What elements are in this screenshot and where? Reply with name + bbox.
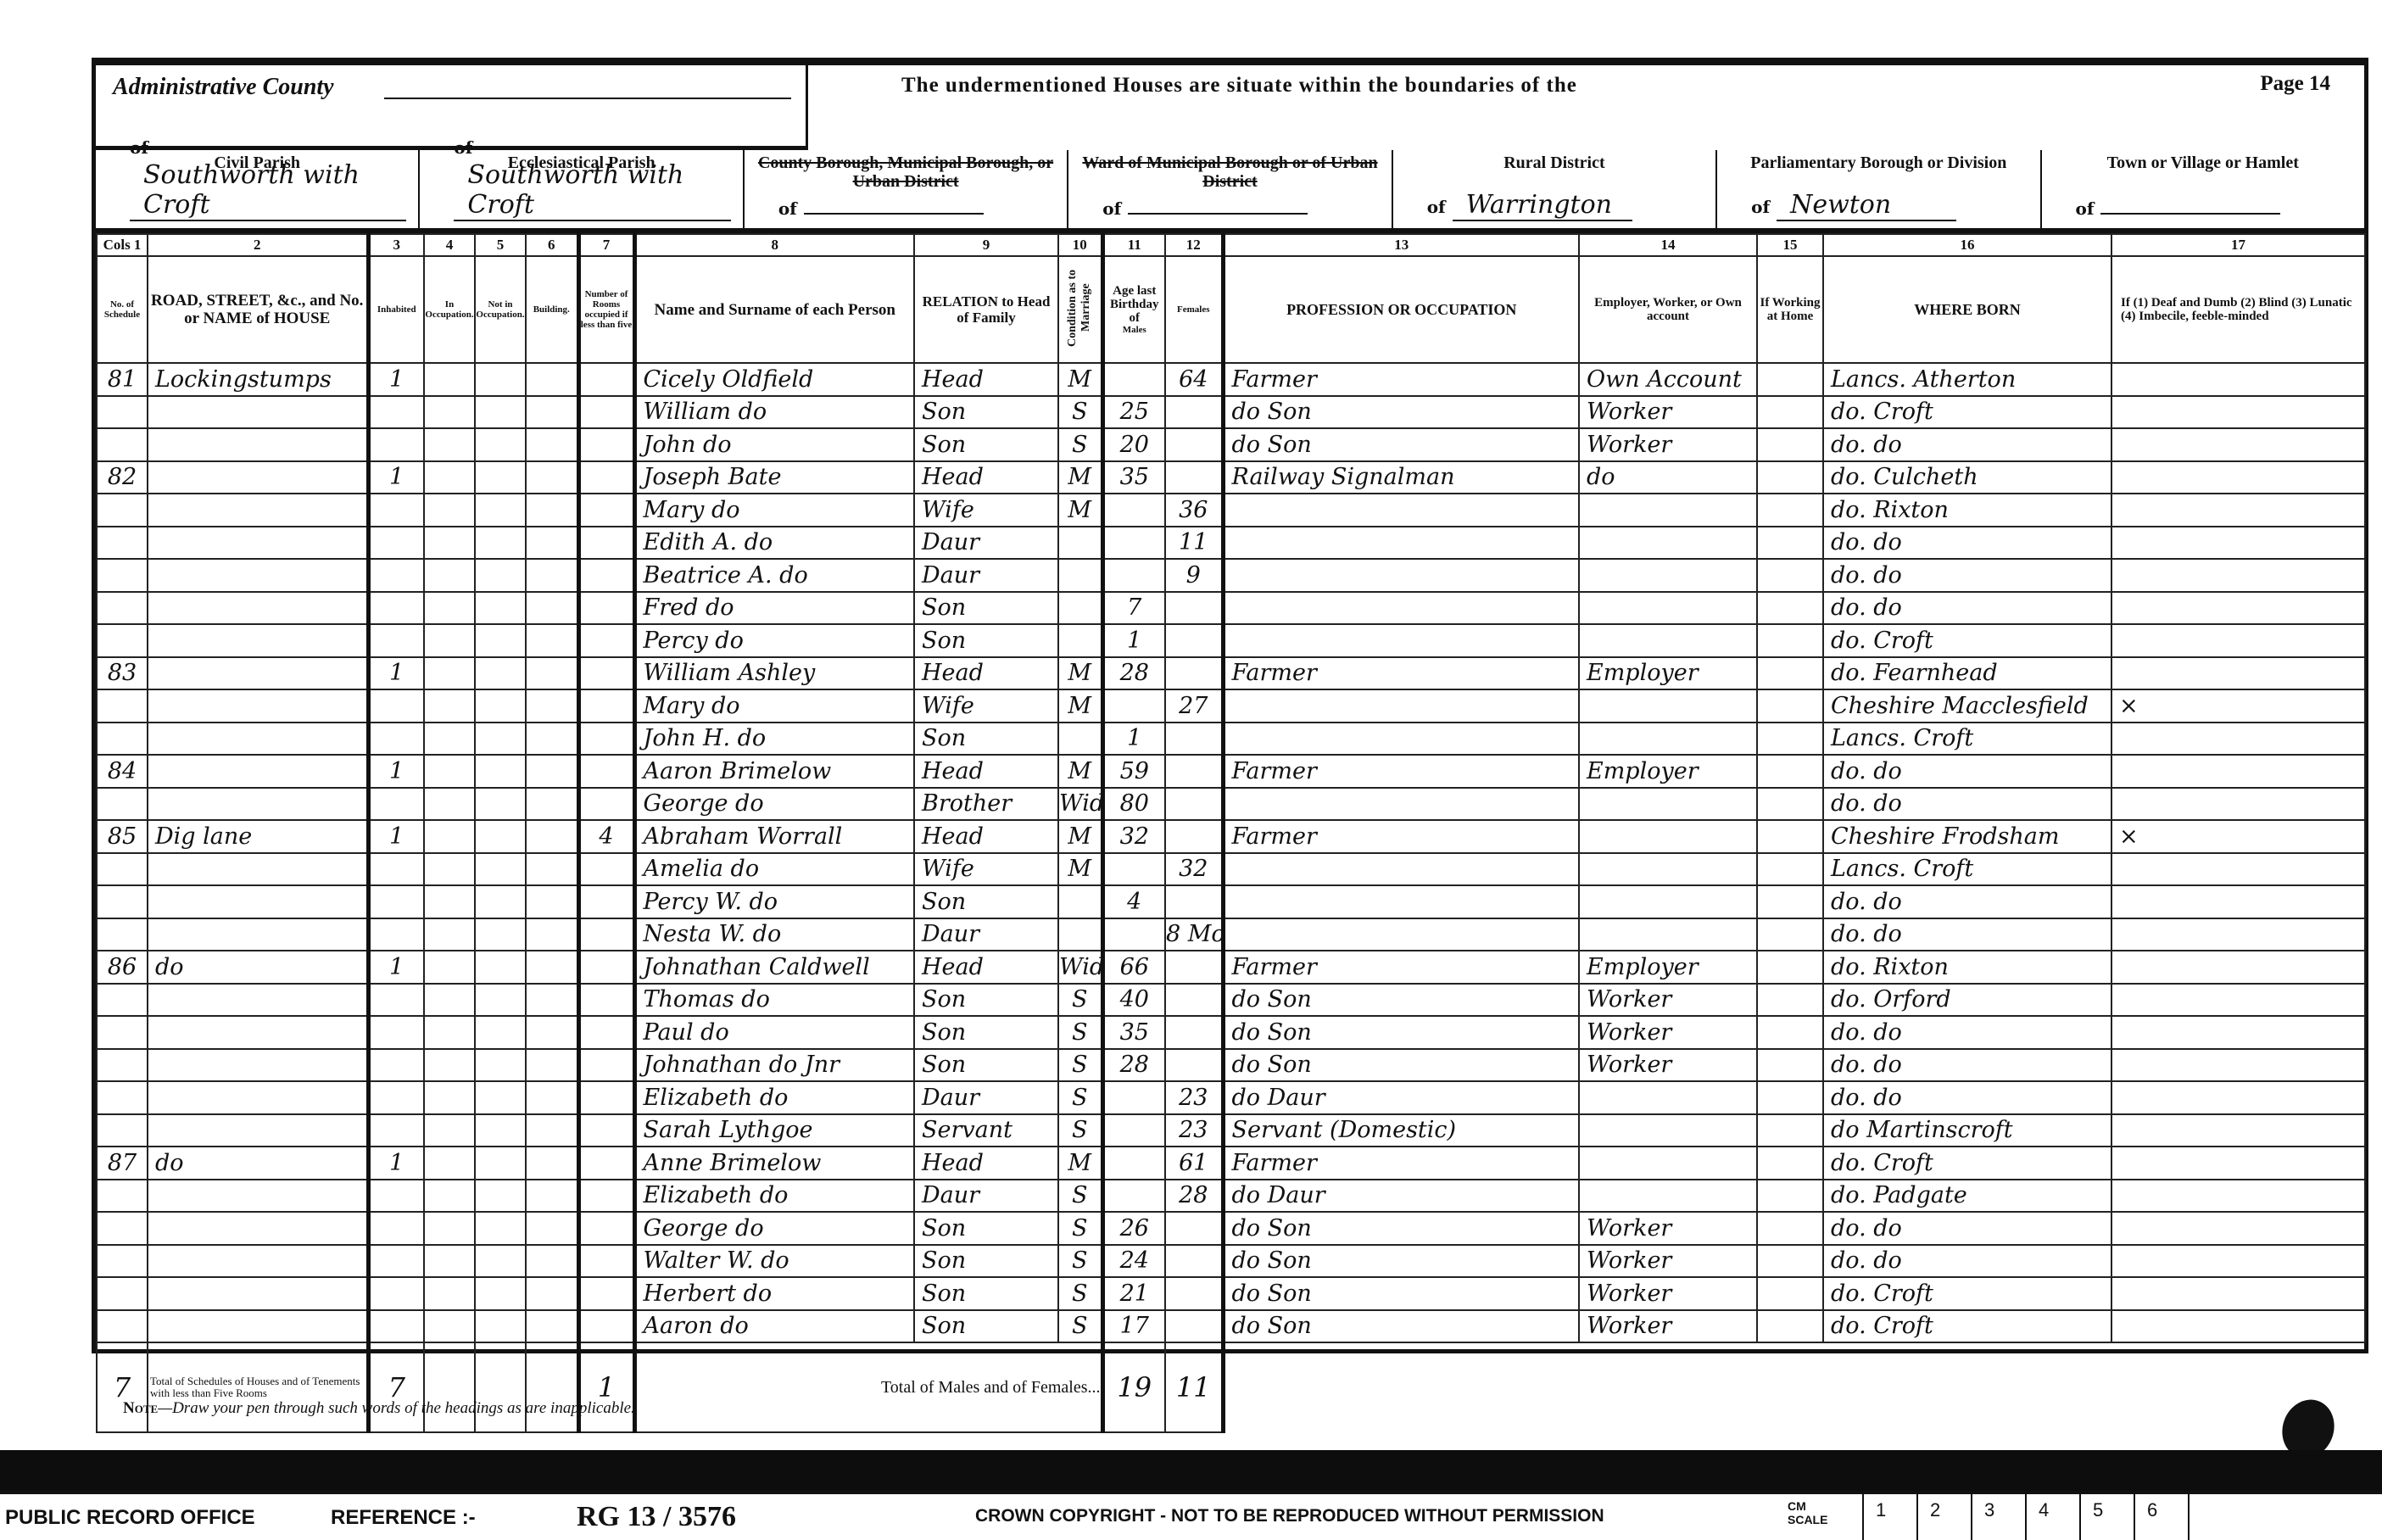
cell-male-age: 28 bbox=[1102, 657, 1165, 690]
cell-name: Johnathan do Jnr bbox=[634, 1049, 914, 1082]
cell-employment bbox=[1579, 885, 1757, 918]
cell-infirmity bbox=[2111, 1277, 2365, 1310]
cell-inhabited bbox=[368, 853, 424, 886]
district-ecclesiastical-parish: Ecclesiastical Parish ofSouthworth with … bbox=[420, 150, 744, 228]
cell-born: do. do bbox=[1823, 1245, 2111, 1278]
cell-schedule bbox=[97, 559, 148, 592]
cell-condition: S bbox=[1058, 1245, 1102, 1278]
cell-condition: M bbox=[1058, 461, 1102, 494]
cell-relation: Son bbox=[914, 592, 1058, 625]
cell-male-age: 21 bbox=[1102, 1277, 1165, 1310]
cell-male-age: 32 bbox=[1102, 820, 1165, 853]
cell-schedule bbox=[97, 1277, 148, 1310]
cell-name: Amelia do bbox=[634, 853, 914, 886]
cell-relation: Wife bbox=[914, 853, 1058, 886]
archive-footer: PUBLIC RECORD OFFICE REFERENCE :- RG 13 … bbox=[0, 1491, 2382, 1540]
total-schedules: 7 bbox=[97, 1342, 148, 1432]
cell-relation: Head bbox=[914, 951, 1058, 984]
cell-road bbox=[148, 657, 368, 690]
cell-employment: Worker bbox=[1579, 428, 1757, 461]
header-not-in-occupation: Not in Occupation. bbox=[475, 256, 526, 363]
cell-condition: S bbox=[1058, 984, 1102, 1017]
header-employment: Employer, Worker, or Own account bbox=[1579, 256, 1757, 363]
cell-female-age bbox=[1165, 461, 1223, 494]
cell-name: George do bbox=[634, 1212, 914, 1245]
cell-infirmity bbox=[2111, 494, 2365, 527]
cell-infirmity bbox=[2111, 559, 2365, 592]
copyright-notice: CROWN COPYRIGHT - NOT TO BE REPRODUCED W… bbox=[975, 1506, 1604, 1526]
cell-inhabited bbox=[368, 1016, 424, 1049]
header-females: Females bbox=[1165, 256, 1223, 363]
cell-road bbox=[148, 1114, 368, 1147]
cell-female-age bbox=[1165, 624, 1223, 657]
cell-male-age: 80 bbox=[1102, 788, 1165, 821]
cell-name: Nesta W. do bbox=[634, 918, 914, 951]
cell-schedule bbox=[97, 788, 148, 821]
district-value bbox=[804, 213, 984, 215]
cell-inhabited: 1 bbox=[368, 461, 424, 494]
cell-male-age bbox=[1102, 363, 1165, 396]
cell-rooms bbox=[578, 1180, 634, 1213]
cell-condition: S bbox=[1058, 1114, 1102, 1147]
cell-occupation: do Daur bbox=[1223, 1081, 1579, 1114]
cell-name: Aaron Brimelow bbox=[634, 755, 914, 788]
cell-born: Lancs. Croft bbox=[1823, 723, 2111, 756]
cell-occupation: do Daur bbox=[1223, 1180, 1579, 1213]
cell-name: Beatrice A. do bbox=[634, 559, 914, 592]
cell-infirmity: × bbox=[2111, 820, 2365, 853]
cell-schedule bbox=[97, 1245, 148, 1278]
cell-road bbox=[148, 755, 368, 788]
cell-born: do. Croft bbox=[1823, 1310, 2111, 1343]
cell-male-age: 35 bbox=[1102, 461, 1165, 494]
administrative-county-line bbox=[384, 98, 791, 99]
cell-male-age: 17 bbox=[1102, 1310, 1165, 1343]
cell-relation: Brother bbox=[914, 788, 1058, 821]
table-row: Percy doSon1do. Croft bbox=[97, 624, 2365, 657]
cell-schedule bbox=[97, 624, 148, 657]
cell-born: do. Culcheth bbox=[1823, 461, 2111, 494]
cell-road bbox=[148, 1180, 368, 1213]
cell-occupation: Farmer bbox=[1223, 1147, 1579, 1180]
cell-female-age bbox=[1165, 396, 1223, 429]
cell-schedule: 81 bbox=[97, 363, 148, 396]
cell-born: do. Croft bbox=[1823, 1277, 2111, 1310]
cell-female-age: 64 bbox=[1165, 363, 1223, 396]
total-schedules-label: Total of Schedules of Houses and of Tene… bbox=[148, 1342, 368, 1432]
cell-name: John do bbox=[634, 428, 914, 461]
administrative-county-label: Administrative County bbox=[113, 74, 334, 101]
cell-relation: Head bbox=[914, 755, 1058, 788]
cell-occupation: Farmer bbox=[1223, 657, 1579, 690]
cell-infirmity bbox=[2111, 1310, 2365, 1343]
table-row: Aaron doSonS17do SonWorkerdo. Croft bbox=[97, 1310, 2365, 1343]
cell-condition: M bbox=[1058, 363, 1102, 396]
cell-infirmity bbox=[2111, 1245, 2365, 1278]
cell-relation: Servant bbox=[914, 1114, 1058, 1147]
instruction-note: Note—Draw your pen through such words of… bbox=[123, 1399, 635, 1418]
district-label-struck: County Borough, Municipal Borough, or Ur… bbox=[758, 153, 1053, 191]
cell-infirmity bbox=[2111, 428, 2365, 461]
cell-road bbox=[148, 853, 368, 886]
scale-label: CM SCALE bbox=[1788, 1499, 1838, 1526]
cell-inhabited bbox=[368, 428, 424, 461]
cell-condition: Wid bbox=[1058, 788, 1102, 821]
cell-schedule bbox=[97, 396, 148, 429]
district-label-struck: Ward of Municipal Borough or of Urban Di… bbox=[1082, 153, 1377, 191]
cell-occupation: do Son bbox=[1223, 1310, 1579, 1343]
cell-born: do. Croft bbox=[1823, 624, 2111, 657]
cell-female-age bbox=[1165, 788, 1223, 821]
cell-inhabited: 1 bbox=[368, 951, 424, 984]
cell-relation: Son bbox=[914, 885, 1058, 918]
cell-male-age: 66 bbox=[1102, 951, 1165, 984]
cell-rooms bbox=[578, 951, 634, 984]
cell-relation: Son bbox=[914, 984, 1058, 1017]
cell-infirmity bbox=[2111, 1147, 2365, 1180]
cell-employment: Worker bbox=[1579, 1212, 1757, 1245]
cell-female-age bbox=[1165, 755, 1223, 788]
cell-schedule: 86 bbox=[97, 951, 148, 984]
cell-occupation: do Son bbox=[1223, 396, 1579, 429]
cell-schedule: 87 bbox=[97, 1147, 148, 1180]
cell-employment bbox=[1579, 624, 1757, 657]
cell-occupation bbox=[1223, 918, 1579, 951]
cell-schedule bbox=[97, 1049, 148, 1082]
cell-male-age bbox=[1102, 1180, 1165, 1213]
table-row: 87do1Anne BrimelowHeadM61Farmerdo. Croft bbox=[97, 1147, 2365, 1180]
cell-employment: Worker bbox=[1579, 1049, 1757, 1082]
cell-rooms bbox=[578, 984, 634, 1017]
cell-schedule bbox=[97, 1212, 148, 1245]
cell-condition: M bbox=[1058, 689, 1102, 723]
district-rural-district: Rural District ofWarrington bbox=[1393, 150, 1717, 228]
cell-condition bbox=[1058, 723, 1102, 756]
cell-schedule bbox=[97, 1310, 148, 1343]
cell-name: Abraham Worrall bbox=[634, 820, 914, 853]
cell-employment bbox=[1579, 723, 1757, 756]
cell-condition bbox=[1058, 527, 1102, 560]
header-road: ROAD, STREET, &c., and No. or NAME of HO… bbox=[148, 256, 368, 363]
cell-born: do. do bbox=[1823, 592, 2111, 625]
cell-name: Percy do bbox=[634, 624, 914, 657]
cell-male-age bbox=[1102, 559, 1165, 592]
cell-born: Lancs. Croft bbox=[1823, 853, 2111, 886]
cell-road bbox=[148, 527, 368, 560]
cell-relation: Head bbox=[914, 461, 1058, 494]
cell-relation: Daur bbox=[914, 1081, 1058, 1114]
totals-row: 7 Total of Schedules of Houses and of Te… bbox=[97, 1342, 2365, 1432]
cell-female-age: 36 bbox=[1165, 494, 1223, 527]
district-value bbox=[2100, 213, 2280, 215]
cell-male-age: 20 bbox=[1102, 428, 1165, 461]
cell-rooms bbox=[578, 689, 634, 723]
cell-infirmity bbox=[2111, 885, 2365, 918]
cell-inhabited: 1 bbox=[368, 363, 424, 396]
cell-condition: M bbox=[1058, 853, 1102, 886]
cell-condition: S bbox=[1058, 1049, 1102, 1082]
cell-inhabited bbox=[368, 1081, 424, 1114]
cell-name: Cicely Oldfield bbox=[634, 363, 914, 396]
cell-road: Lockingstumps bbox=[148, 363, 368, 396]
table-row: Thomas doSonS40do SonWorkerdo. Orford bbox=[97, 984, 2365, 1017]
table-row: William doSonS25do SonWorkerdo. Croft bbox=[97, 396, 2365, 429]
cell-female-age bbox=[1165, 428, 1223, 461]
cell-inhabited: 1 bbox=[368, 820, 424, 853]
cell-condition bbox=[1058, 624, 1102, 657]
column-numbers: Cols 1 2 3 4 5 6 7 8 9 10 11 12 13 14 15… bbox=[97, 234, 2365, 256]
district-label: Rural District bbox=[1393, 153, 1715, 172]
table-row: John doSonS20do SonWorkerdo. do bbox=[97, 428, 2365, 461]
cell-born: Lancs. Atherton bbox=[1823, 363, 2111, 396]
cell-relation: Daur bbox=[914, 559, 1058, 592]
cell-condition: M bbox=[1058, 657, 1102, 690]
cell-relation: Son bbox=[914, 1277, 1058, 1310]
cell-employment: Worker bbox=[1579, 1310, 1757, 1343]
cell-relation: Son bbox=[914, 396, 1058, 429]
cell-name: Edith A. do bbox=[634, 527, 914, 560]
total-females: 11 bbox=[1165, 1342, 1223, 1432]
cell-rooms bbox=[578, 853, 634, 886]
cell-schedule: 82 bbox=[97, 461, 148, 494]
cell-relation: Daur bbox=[914, 918, 1058, 951]
cell-road bbox=[148, 1212, 368, 1245]
cell-female-age bbox=[1165, 885, 1223, 918]
census-sheet: Administrative County The undermentioned… bbox=[92, 58, 2368, 1353]
cell-female-age: 11 bbox=[1165, 527, 1223, 560]
table-row: Amelia doWifeM32Lancs. Croft bbox=[97, 853, 2365, 886]
cell-condition bbox=[1058, 592, 1102, 625]
cell-infirmity bbox=[2111, 1016, 2365, 1049]
cell-female-age bbox=[1165, 1245, 1223, 1278]
table-row: 85Dig lane14Abraham WorrallHeadM32Farmer… bbox=[97, 820, 2365, 853]
cell-born: do. Croft bbox=[1823, 1147, 2111, 1180]
district-value bbox=[1128, 213, 1308, 215]
cell-male-age: 40 bbox=[1102, 984, 1165, 1017]
table-row: 81Lockingstumps1Cicely OldfieldHeadM64Fa… bbox=[97, 363, 2365, 396]
cell-occupation: Farmer bbox=[1223, 951, 1579, 984]
table-row: 841Aaron BrimelowHeadM59FarmerEmployerdo… bbox=[97, 755, 2365, 788]
cell-male-age: 4 bbox=[1102, 885, 1165, 918]
cell-relation: Wife bbox=[914, 689, 1058, 723]
cell-female-age bbox=[1165, 1310, 1223, 1343]
district-value: Southworth with Croft bbox=[454, 160, 730, 221]
cell-road bbox=[148, 592, 368, 625]
cell-born: do. do bbox=[1823, 918, 2111, 951]
cell-occupation: Railway Signalman bbox=[1223, 461, 1579, 494]
cell-name: Elizabeth do bbox=[634, 1180, 914, 1213]
cell-female-age bbox=[1165, 1016, 1223, 1049]
cell-occupation bbox=[1223, 723, 1579, 756]
cell-inhabited: 1 bbox=[368, 1147, 424, 1180]
cell-condition: S bbox=[1058, 396, 1102, 429]
cell-female-age bbox=[1165, 1049, 1223, 1082]
cell-employment: Worker bbox=[1579, 984, 1757, 1017]
reference-number: RG 13 / 3576 bbox=[577, 1501, 736, 1533]
cell-rooms bbox=[578, 592, 634, 625]
cell-rooms bbox=[578, 788, 634, 821]
cell-male-age bbox=[1102, 1114, 1165, 1147]
cell-relation: Son bbox=[914, 1016, 1058, 1049]
cell-schedule bbox=[97, 1016, 148, 1049]
cell-born: do. Fearnhead bbox=[1823, 657, 2111, 690]
table-row: Sarah LythgoeServantS23Servant (Domestic… bbox=[97, 1114, 2365, 1147]
cell-rooms bbox=[578, 1310, 634, 1343]
cell-occupation bbox=[1223, 885, 1579, 918]
cell-rooms bbox=[578, 494, 634, 527]
cell-relation: Son bbox=[914, 1212, 1058, 1245]
cell-employment bbox=[1579, 1180, 1757, 1213]
cell-rooms bbox=[578, 396, 634, 429]
cell-condition bbox=[1058, 559, 1102, 592]
cell-schedule bbox=[97, 494, 148, 527]
cell-road bbox=[148, 428, 368, 461]
header-schedule: No. of Schedule bbox=[97, 256, 148, 363]
cell-female-age bbox=[1165, 984, 1223, 1017]
cell-inhabited bbox=[368, 559, 424, 592]
cell-road bbox=[148, 788, 368, 821]
cell-occupation: do Son bbox=[1223, 428, 1579, 461]
cell-name: Anne Brimelow bbox=[634, 1147, 914, 1180]
office-label: PUBLIC RECORD OFFICE bbox=[5, 1506, 255, 1530]
cell-male-age: 24 bbox=[1102, 1245, 1165, 1278]
cell-rooms bbox=[578, 363, 634, 396]
cell-employment: do bbox=[1579, 461, 1757, 494]
table-row: John H. doSon1Lancs. Croft bbox=[97, 723, 2365, 756]
cell-inhabited bbox=[368, 788, 424, 821]
cell-schedule bbox=[97, 918, 148, 951]
cell-schedule bbox=[97, 984, 148, 1017]
total-label: Total of Males and of Females... bbox=[634, 1342, 1102, 1432]
cell-road bbox=[148, 723, 368, 756]
cell-born: do. do bbox=[1823, 755, 2111, 788]
cell-relation: Wife bbox=[914, 494, 1058, 527]
census-table: Cols 1 2 3 4 5 6 7 8 9 10 11 12 13 14 15… bbox=[96, 233, 2366, 1433]
cell-employment bbox=[1579, 689, 1757, 723]
cell-inhabited bbox=[368, 527, 424, 560]
cell-rooms: 4 bbox=[578, 820, 634, 853]
cell-born: Cheshire Macclesfield bbox=[1823, 689, 2111, 723]
cell-born: Cheshire Frodsham bbox=[1823, 820, 2111, 853]
cell-road bbox=[148, 1277, 368, 1310]
cell-name: Mary do bbox=[634, 689, 914, 723]
cell-born: do. do bbox=[1823, 559, 2111, 592]
cell-male-age: 1 bbox=[1102, 723, 1165, 756]
header-condition: Condition as to Marriage bbox=[1058, 256, 1102, 363]
cell-rooms bbox=[578, 428, 634, 461]
cell-schedule bbox=[97, 1180, 148, 1213]
district-label: Parliamentary Borough or Division bbox=[1717, 153, 2039, 172]
cell-rooms bbox=[578, 1081, 634, 1114]
cell-schedule bbox=[97, 723, 148, 756]
table-row: 86do1Johnathan CaldwellHeadWid66FarmerEm… bbox=[97, 951, 2365, 984]
cell-road bbox=[148, 984, 368, 1017]
district-parliamentary: Parliamentary Borough or Division ofNewt… bbox=[1717, 150, 2041, 228]
table-row: 831William AshleyHeadM28FarmerEmployerdo… bbox=[97, 657, 2365, 690]
cell-road bbox=[148, 1310, 368, 1343]
cell-relation: Head bbox=[914, 820, 1058, 853]
table-row: George doSonS26do SonWorkerdo. do bbox=[97, 1212, 2365, 1245]
district-county-borough: County Borough, Municipal Borough, or Ur… bbox=[745, 150, 1068, 228]
cell-road bbox=[148, 1245, 368, 1278]
cell-name: William do bbox=[634, 396, 914, 429]
cell-male-age: 59 bbox=[1102, 755, 1165, 788]
total-males: 19 bbox=[1102, 1342, 1165, 1432]
cell-inhabited bbox=[368, 1212, 424, 1245]
cell-occupation: Servant (Domestic) bbox=[1223, 1114, 1579, 1147]
cell-employment bbox=[1579, 788, 1757, 821]
table-row: Nesta W. doDaur8 Modo. do bbox=[97, 918, 2365, 951]
cell-born: do. do bbox=[1823, 527, 2111, 560]
cell-name: Johnathan Caldwell bbox=[634, 951, 914, 984]
district-value: Southworth with Croft bbox=[130, 160, 406, 221]
cell-born: do. do bbox=[1823, 885, 2111, 918]
cell-infirmity bbox=[2111, 527, 2365, 560]
cell-condition bbox=[1058, 885, 1102, 918]
table-row: Beatrice A. doDaur9do. do bbox=[97, 559, 2365, 592]
cell-inhabited bbox=[368, 1049, 424, 1082]
cell-female-age: 8 Mo bbox=[1165, 918, 1223, 951]
cell-occupation: Farmer bbox=[1223, 363, 1579, 396]
cell-infirmity bbox=[2111, 396, 2365, 429]
cell-born: do. Rixton bbox=[1823, 951, 2111, 984]
cell-name: Elizabeth do bbox=[634, 1081, 914, 1114]
cell-male-age: 35 bbox=[1102, 1016, 1165, 1049]
cell-female-age bbox=[1165, 592, 1223, 625]
cell-road bbox=[148, 1049, 368, 1082]
cell-infirmity bbox=[2111, 755, 2365, 788]
page-number: Page 14 bbox=[2260, 72, 2330, 96]
cell-employment bbox=[1579, 494, 1757, 527]
table-row: 821Joseph BateHeadM35Railway Signalmando… bbox=[97, 461, 2365, 494]
district-town: Town or Village or Hamlet of bbox=[2042, 150, 2364, 228]
cell-born: do. Croft bbox=[1823, 396, 2111, 429]
cell-name: Aaron do bbox=[634, 1310, 914, 1343]
cell-road bbox=[148, 885, 368, 918]
cell-schedule: 83 bbox=[97, 657, 148, 690]
cell-schedule bbox=[97, 592, 148, 625]
cell-relation: Son bbox=[914, 624, 1058, 657]
cell-relation: Son bbox=[914, 1245, 1058, 1278]
cell-rooms bbox=[578, 657, 634, 690]
cell-born: do. do bbox=[1823, 428, 2111, 461]
table-row: George doBrotherWid80do. do bbox=[97, 788, 2365, 821]
cell-road bbox=[148, 918, 368, 951]
cell-employment: Worker bbox=[1579, 1016, 1757, 1049]
cell-female-age: 9 bbox=[1165, 559, 1223, 592]
header-occupation: PROFESSION OR OCCUPATION bbox=[1223, 256, 1579, 363]
cell-rooms bbox=[578, 1016, 634, 1049]
cell-inhabited bbox=[368, 1114, 424, 1147]
cell-relation: Head bbox=[914, 657, 1058, 690]
cell-condition: S bbox=[1058, 1310, 1102, 1343]
cell-rooms bbox=[578, 624, 634, 657]
cell-employment bbox=[1579, 592, 1757, 625]
cell-female-age bbox=[1165, 1277, 1223, 1310]
header-infirmity: If (1) Deaf and Dumb (2) Blind (3) Lunat… bbox=[2111, 256, 2365, 363]
cell-occupation bbox=[1223, 788, 1579, 821]
cell-condition: Wid bbox=[1058, 951, 1102, 984]
cell-road: do bbox=[148, 951, 368, 984]
cell-name: Mary do bbox=[634, 494, 914, 527]
cell-schedule bbox=[97, 428, 148, 461]
cell-employment bbox=[1579, 559, 1757, 592]
cell-condition: S bbox=[1058, 1212, 1102, 1245]
cell-female-age: 61 bbox=[1165, 1147, 1223, 1180]
cell-condition: S bbox=[1058, 428, 1102, 461]
cell-occupation: do Son bbox=[1223, 1277, 1579, 1310]
cell-infirmity bbox=[2111, 657, 2365, 690]
